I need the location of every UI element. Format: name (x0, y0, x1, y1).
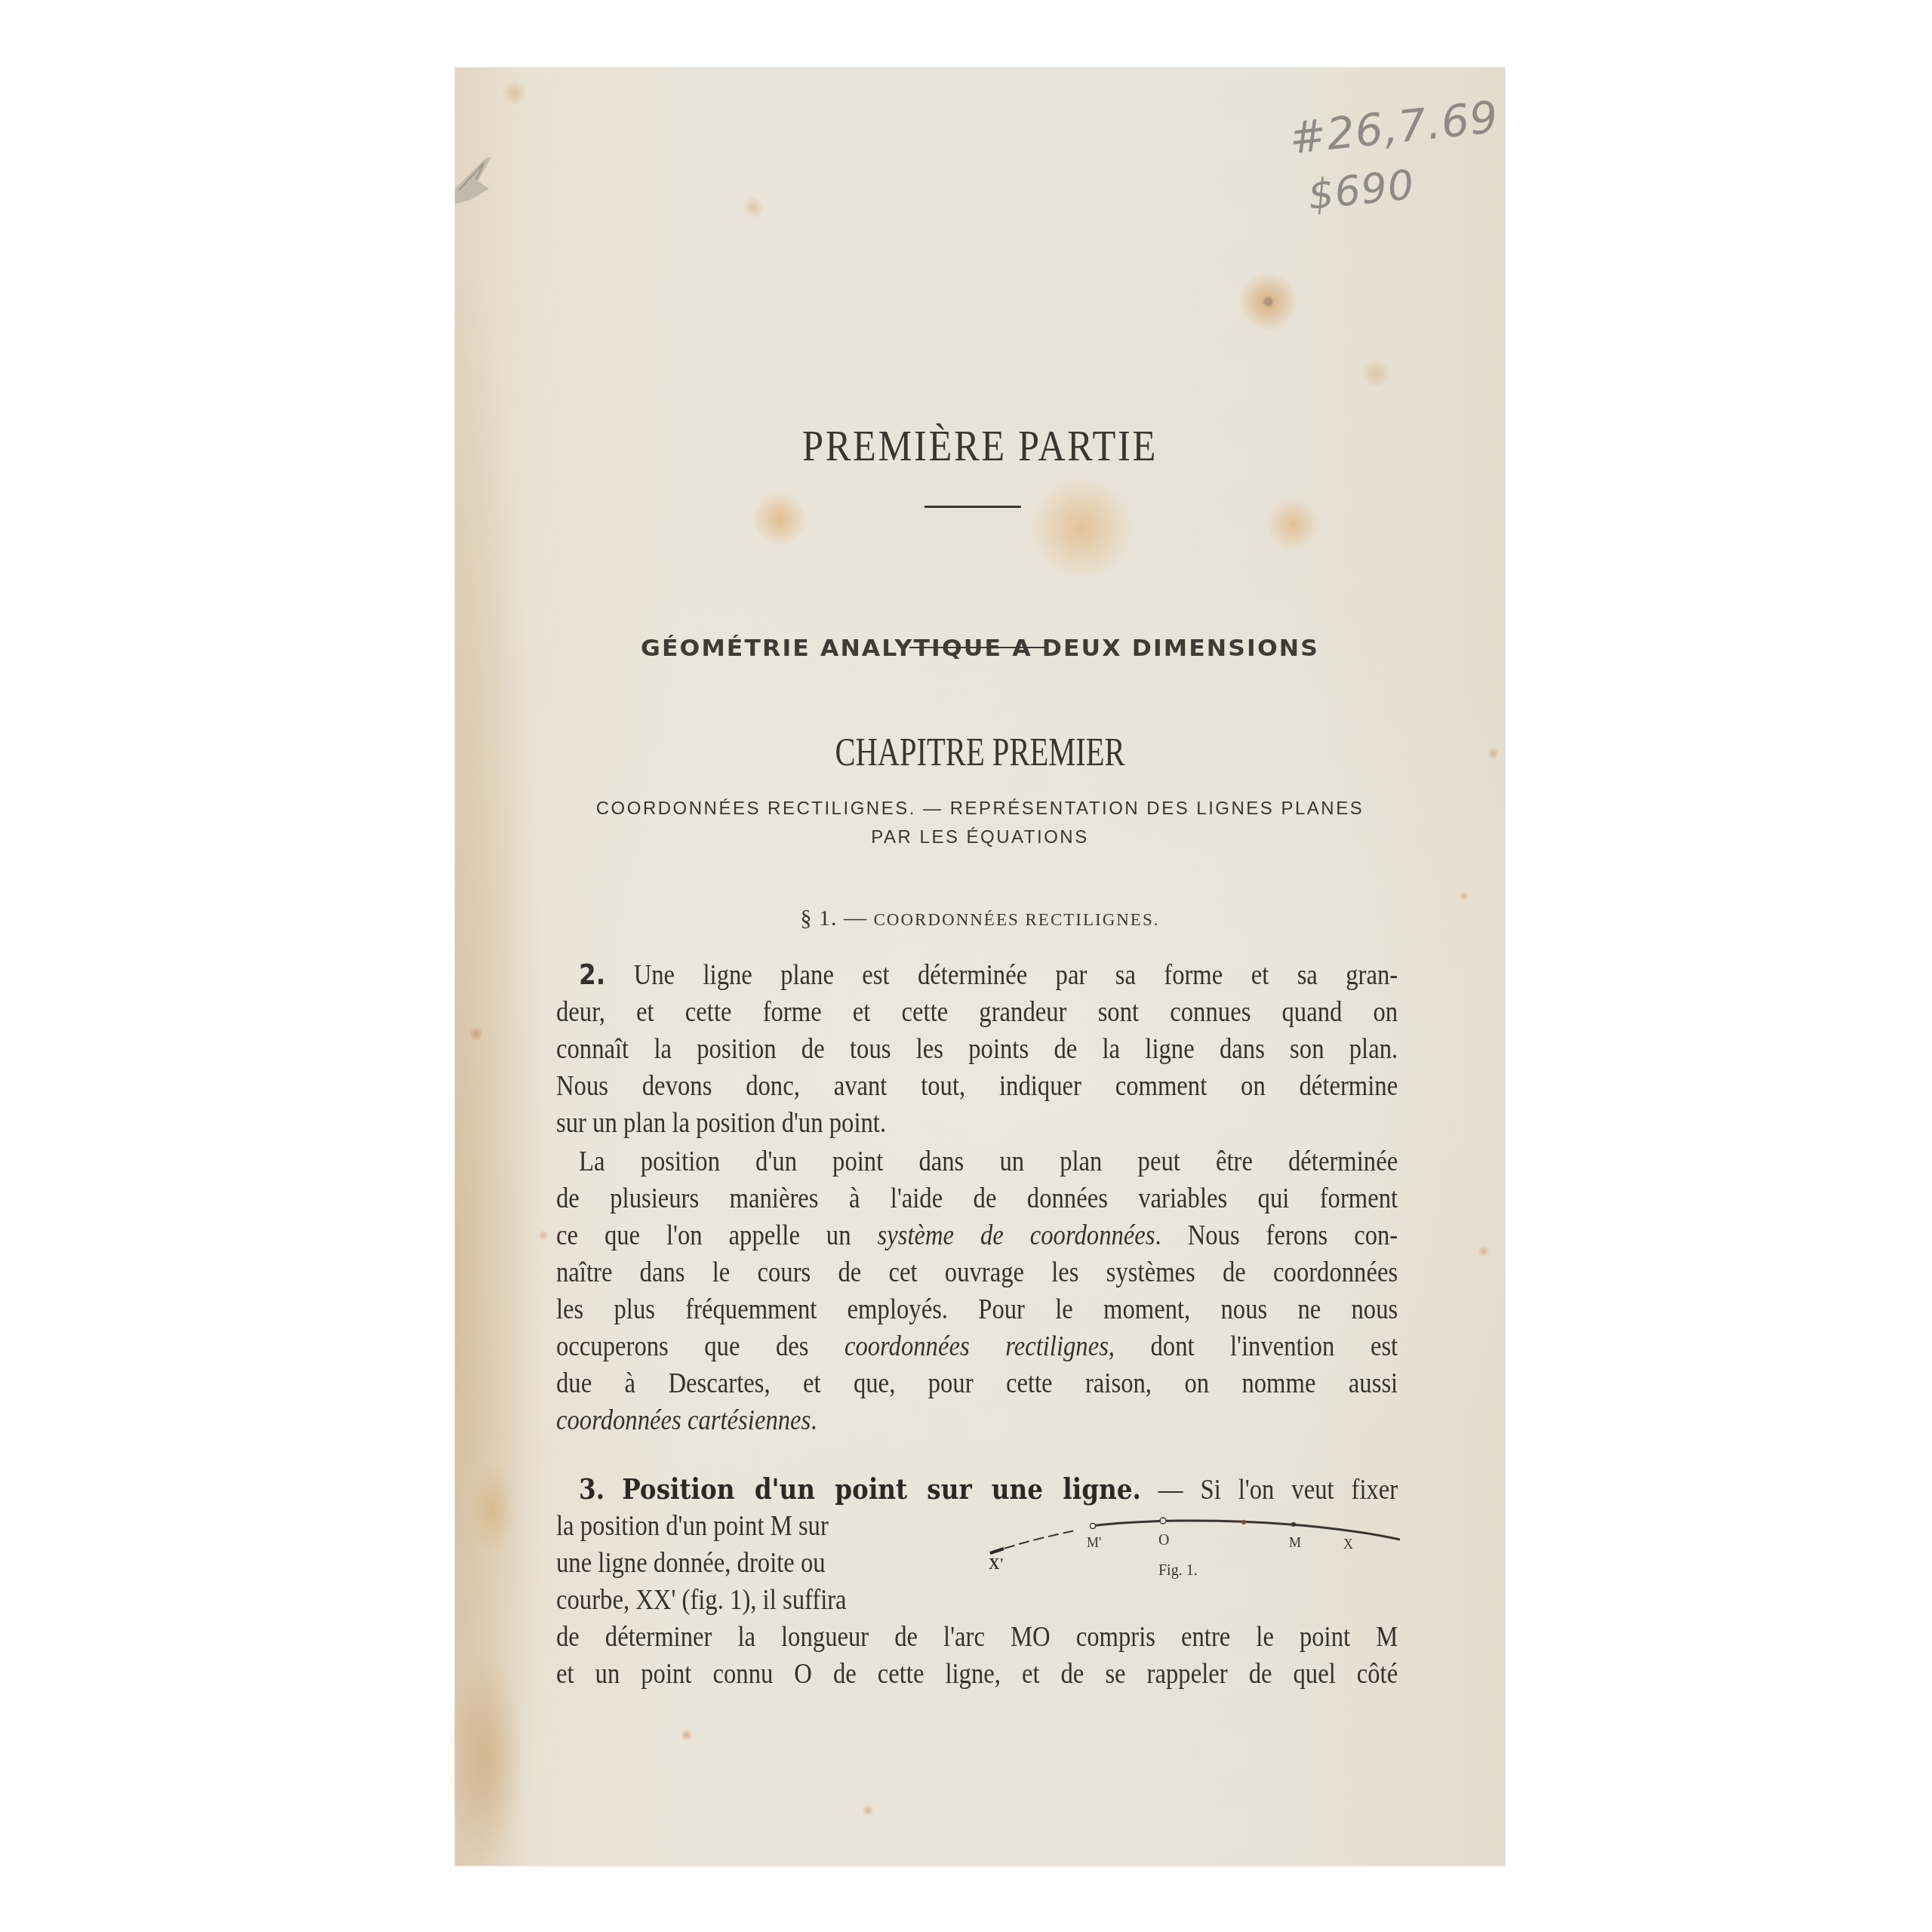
foxing-stain (681, 1728, 692, 1742)
label-m: M (1289, 1535, 1301, 1551)
foxing-stain (742, 196, 764, 219)
curve-diagram (989, 1517, 1404, 1600)
part-title: PREMIÈRE PARTIE (508, 423, 1453, 471)
label-x-prime: X' (989, 1556, 1004, 1574)
text-line: et un point connu O de cette ligne, et d… (556, 1656, 1398, 1693)
handwritten-price: $690 (1306, 165, 1417, 216)
article-2-continued: La position d'un point dans un plan peut… (556, 1143, 1398, 1439)
text-line: une ligne donnée, droite ou (556, 1545, 805, 1582)
section-title: GÉOMÉTRIE ANALYTIQUE A DEUX DIMENSIONS (429, 635, 1531, 662)
text-line: Nous devons donc, avant tout, indiquer c… (556, 1068, 1398, 1105)
text-line: deur, et cette forme et cette grandeur s… (556, 994, 1398, 1031)
paragraph-heading: § 1. — COORDONNÉES RECTILIGNES. (455, 906, 1505, 931)
text-line: sur un plan la position d'un point. (556, 1105, 1398, 1142)
article-number: 2. (579, 958, 605, 991)
torn-paper-mark (455, 143, 497, 211)
article-heading: Position d'un point sur une ligne. (622, 1472, 1141, 1506)
italic-term: coordonnées cartésiennes (556, 1404, 811, 1436)
title-rule (924, 506, 1021, 508)
foxing-stain (448, 1653, 523, 1864)
text-line: de déterminer la longueur de l'arc MO co… (556, 1619, 1398, 1656)
foxing-stain (1478, 1245, 1490, 1257)
foxing-stain (1487, 747, 1500, 759)
foxing-stain (538, 1230, 549, 1241)
chapter-subtitle-continued: PAR LES ÉQUATIONS (455, 827, 1505, 848)
paragraph-title: COORDONNÉES RECTILIGNES. (874, 910, 1160, 929)
article-3-continued: de déterminer la longueur de l'arc MO co… (556, 1619, 1398, 1693)
text-line: due à Descartes, et que, pour cette rais… (556, 1365, 1398, 1402)
figure-caption: Fig. 1. (1158, 1562, 1198, 1580)
handwritten-catalog-number: #26,7.69 (1287, 95, 1501, 161)
figure-1: X' M' O M X Fig. 1. (989, 1517, 1404, 1600)
foxing-stain (500, 82, 529, 104)
paragraph-number: 1. (819, 906, 838, 931)
section-rule (909, 647, 1045, 648)
text-line: naître dans le cours de cet ouvrage les … (556, 1254, 1398, 1291)
foxing-stain (1240, 272, 1297, 332)
label-m-prime: M' (1087, 1535, 1101, 1551)
italic-term: coordonnées rectilignes (844, 1331, 1109, 1362)
chapter-title: CHAPITRE PREMIER (571, 731, 1389, 775)
text-line: La position d'un point dans un plan peut… (556, 1143, 1398, 1180)
label-origin: O (1158, 1532, 1169, 1549)
paragraph-dash: — (844, 906, 867, 931)
text-line: courbe, XX' (fig. 1), il suffira (556, 1582, 805, 1619)
article-2: 2. Une ligne plane est déterminée par sa… (556, 956, 1398, 1142)
label-x: X (1343, 1537, 1353, 1552)
foxing-stain (863, 1804, 873, 1817)
text-line: de plusieurs manières à l'aide de donnée… (556, 1180, 1398, 1217)
book-page: #26,7.69 $690 PREMIÈRE PARTIE GÉOMÉTRIE … (455, 68, 1505, 1866)
foxing-stain (1459, 891, 1469, 901)
foxing-stain (1029, 479, 1134, 577)
article-3-wrapped-text: la position d'un point M sur une ligne d… (556, 1508, 805, 1619)
article-number: 3. (579, 1472, 605, 1506)
foxing-stain (470, 1464, 515, 1555)
text-line: connaît la position de tous les points d… (556, 1031, 1398, 1068)
text-line: occuperons que des coordonnées rectilign… (556, 1328, 1398, 1365)
foxing-stain (469, 1026, 484, 1041)
text-line: coordonnées cartésiennes. (556, 1402, 1398, 1439)
article-3-heading: 3. Position d'un point sur une ligne. — … (556, 1470, 1398, 1509)
foxing-stain (1266, 498, 1319, 551)
section-symbol: § (801, 906, 813, 931)
text-line: 3. Position d'un point sur une ligne. — … (556, 1470, 1398, 1509)
italic-term: système de coordonnées (877, 1220, 1155, 1251)
foxing-stain (753, 491, 806, 547)
text-line: la position d'un point M sur (556, 1508, 805, 1545)
text-line: les plus fréquemment employés. Pour le m… (556, 1291, 1398, 1328)
foxing-stain (1361, 358, 1391, 389)
chapter-subtitle: COORDONNÉES RECTILIGNES. — REPRÉSENTATIO… (455, 798, 1505, 820)
text-line: 2. Une ligne plane est déterminée par sa… (556, 956, 1398, 994)
text-line: ce que l'on appelle un système de coordo… (556, 1217, 1398, 1254)
